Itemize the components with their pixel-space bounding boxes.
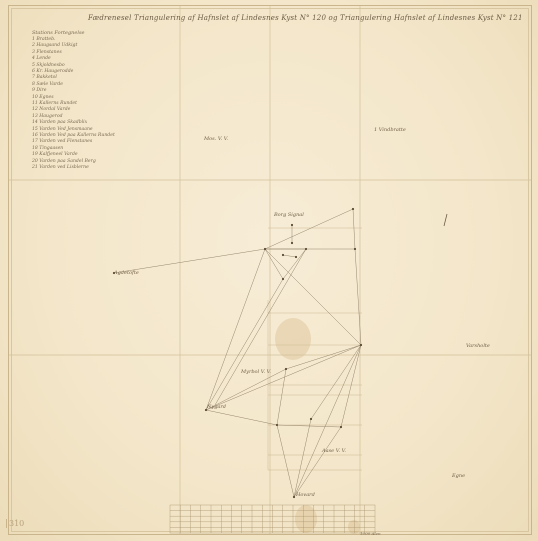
survey-station-marker bbox=[293, 496, 295, 498]
place-label-se: Egne bbox=[452, 473, 465, 479]
place-label-ne: 1 Vindbratte bbox=[374, 127, 406, 133]
sight-line bbox=[265, 249, 361, 345]
place-label-west: Agdetofte bbox=[114, 270, 139, 276]
survey-station-marker bbox=[285, 368, 287, 370]
sight-line bbox=[277, 369, 286, 425]
survey-station-marker bbox=[282, 278, 284, 280]
sight-line bbox=[277, 425, 341, 427]
survey-station-marker bbox=[305, 248, 307, 250]
sight-line bbox=[286, 345, 361, 369]
sight-line bbox=[311, 345, 361, 419]
sight-line bbox=[294, 419, 311, 497]
sight-line bbox=[294, 427, 341, 497]
pencil-mark bbox=[444, 214, 447, 226]
legend-item: 21 Varden ved Lisblerne bbox=[32, 165, 142, 171]
survey-station-marker bbox=[291, 242, 293, 244]
survey-station-marker bbox=[276, 424, 278, 426]
place-label-sw-station: Nygard bbox=[207, 404, 226, 410]
station-legend: Stations Fortegnelse 1 Bratteb.2 Haugsan… bbox=[32, 30, 142, 171]
place-label-mid-nw: Mos. V. V. bbox=[204, 136, 228, 142]
survey-station-marker bbox=[310, 418, 312, 420]
map-title: Fædrenesel Triangulering af Hafnslet af … bbox=[88, 14, 448, 22]
sight-line bbox=[277, 425, 294, 497]
legend-heading: Stations Fortegnelse bbox=[32, 30, 142, 36]
survey-station-marker bbox=[352, 208, 354, 210]
scale-caption: 1000 Alen bbox=[360, 531, 381, 536]
place-label-east: Varsholte bbox=[466, 343, 490, 349]
sight-line bbox=[341, 345, 361, 427]
survey-station-marker bbox=[282, 254, 284, 256]
sight-line bbox=[353, 209, 355, 249]
survey-station-marker bbox=[360, 344, 362, 346]
place-label-south-mid: Aase V. V. bbox=[322, 448, 346, 454]
place-label-south-station: Hovard bbox=[296, 492, 315, 498]
survey-station-marker bbox=[340, 426, 342, 428]
place-label-centre-sw: Myrbol V. V. bbox=[241, 369, 271, 375]
survey-station-marker bbox=[264, 248, 266, 250]
sight-line bbox=[283, 249, 306, 279]
sight-line bbox=[206, 410, 277, 425]
place-label-north-station: Borg Signal bbox=[274, 212, 304, 218]
sight-line bbox=[206, 249, 265, 410]
survey-station-marker bbox=[295, 256, 297, 258]
survey-station-marker bbox=[354, 248, 356, 250]
sight-line bbox=[294, 345, 361, 497]
sheet-number: 310 bbox=[6, 519, 24, 528]
sight-line bbox=[283, 255, 296, 257]
survey-station-marker bbox=[291, 224, 293, 226]
sight-line bbox=[215, 249, 306, 405]
